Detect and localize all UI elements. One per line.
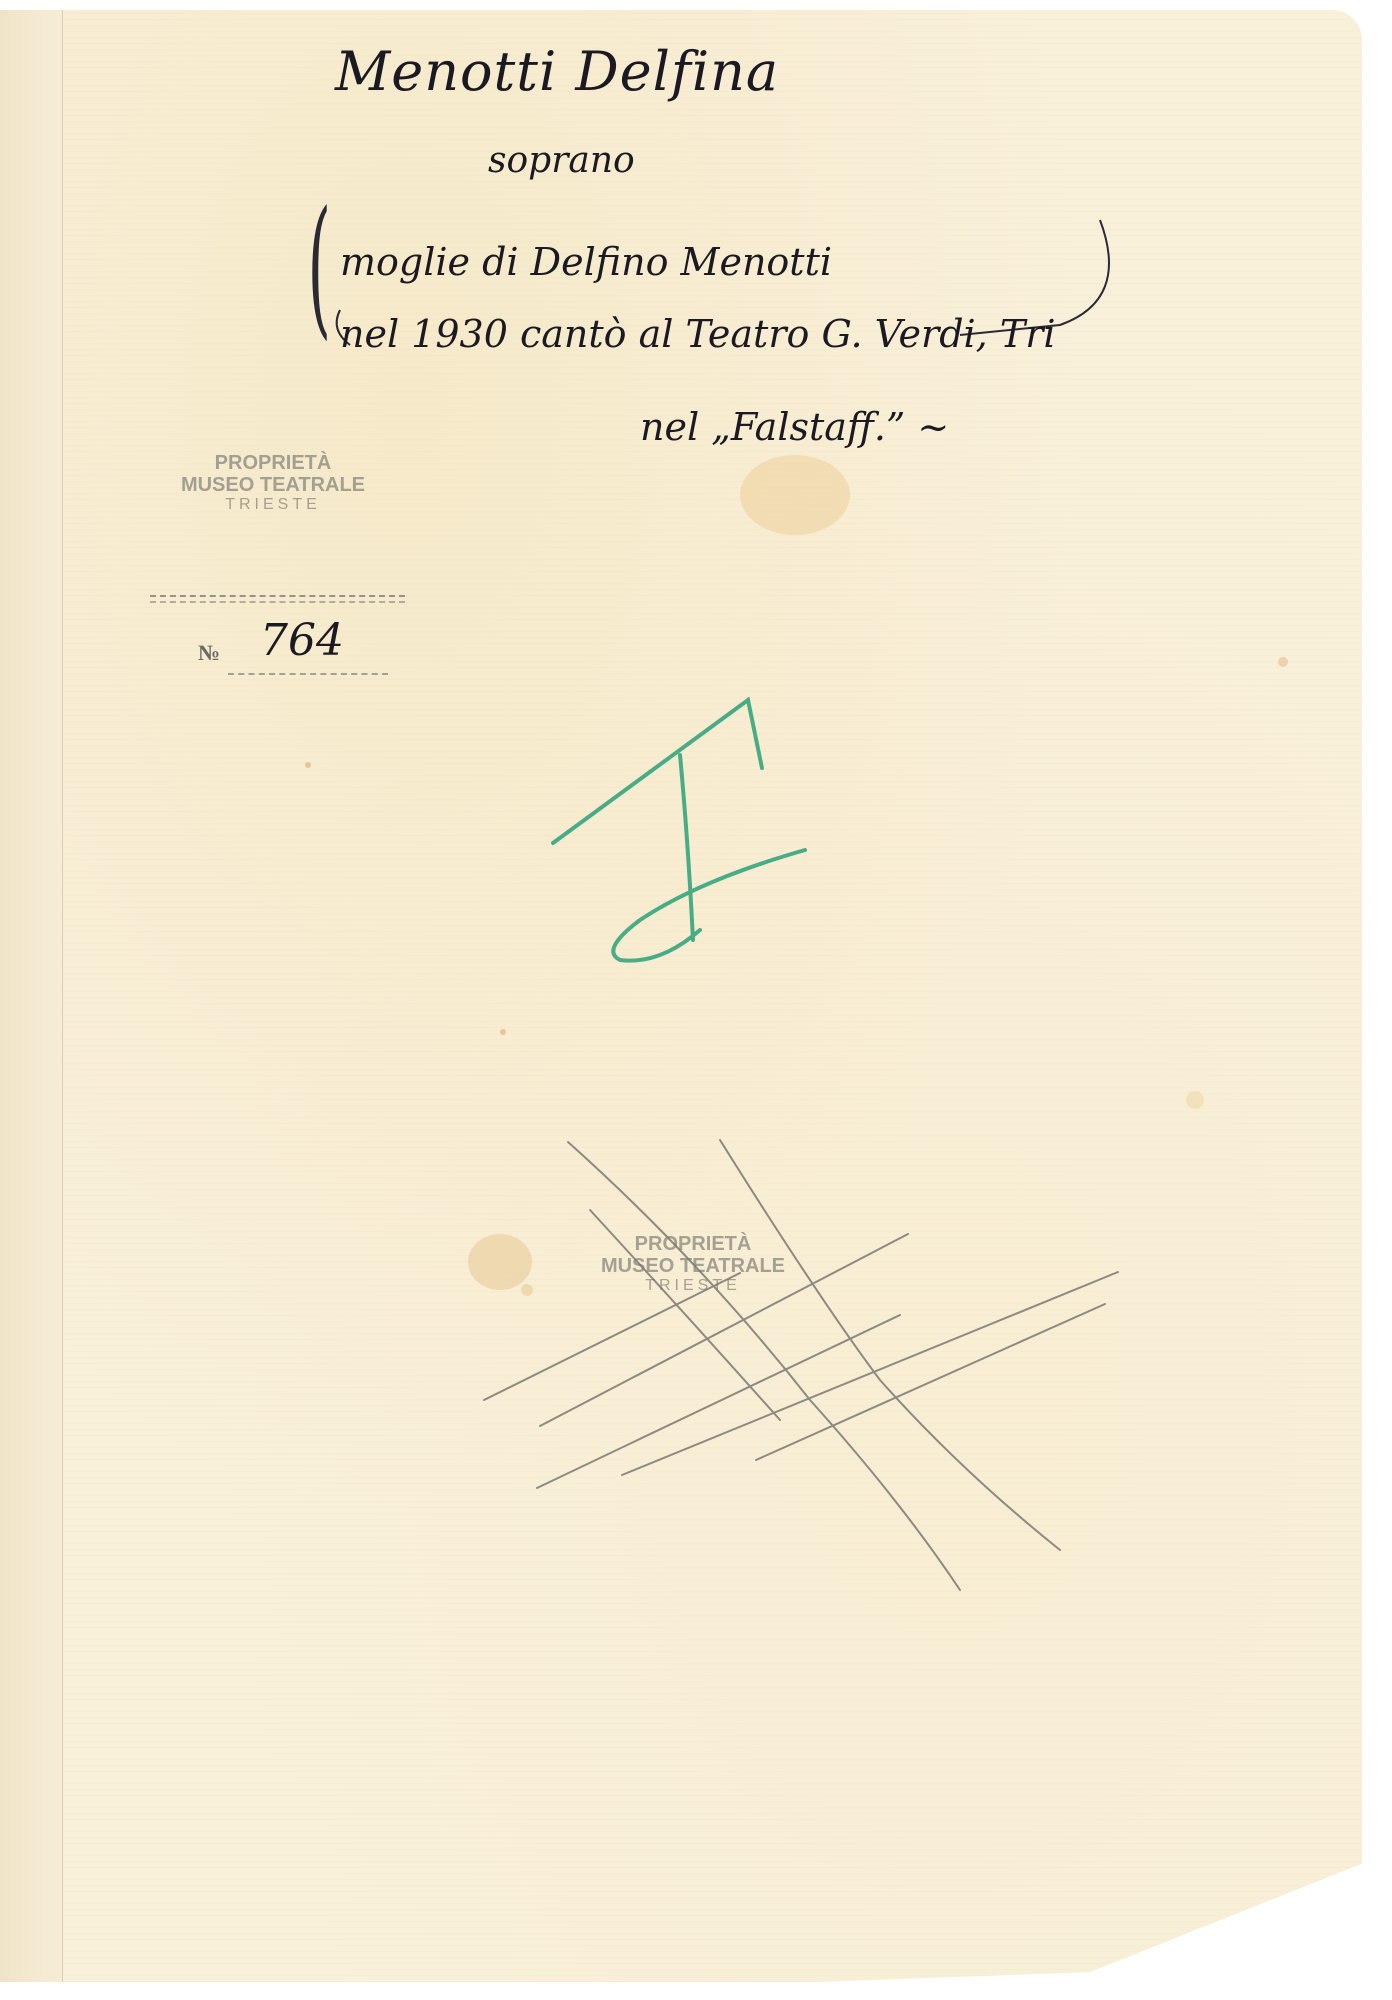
- note-opera: nel „Falstaff.” ~: [640, 405, 949, 449]
- museum-stamp: PROPRIETÀ MUSEO TEATRALE TRIESTE: [158, 452, 388, 514]
- divider: [150, 595, 405, 603]
- stamp-line-1: PROPRIETÀ: [578, 1233, 808, 1255]
- paren-open: (: [308, 180, 331, 354]
- green-pencil-mark: [553, 700, 805, 961]
- stain-marks: [305, 455, 1288, 1296]
- marks-layer: [0, 0, 1392, 2000]
- note-performance: nel 1930 cantò al Teatro G. Verdi, Tri: [340, 312, 1056, 356]
- stamp-line-3: TRIESTE: [578, 1277, 808, 1295]
- note-spouse: moglie di Delfino Menotti: [340, 240, 832, 284]
- voice-type: soprano: [488, 140, 635, 181]
- number-underline: [228, 673, 388, 675]
- museum-stamp-2: PROPRIETÀ MUSEO TEATRALE TRIESTE: [578, 1233, 808, 1295]
- stamp-line-3: TRIESTE: [158, 496, 388, 514]
- performer-name: Menotti Delfina: [335, 40, 779, 103]
- stamp-line-2: MUSEO TEATRALE: [158, 474, 388, 496]
- inventory-value: 764: [260, 615, 344, 666]
- inventory-number: № 764: [150, 595, 410, 675]
- number-sign: №: [198, 640, 220, 666]
- stamp-line-1: PROPRIETÀ: [158, 452, 388, 474]
- stamp-line-2: MUSEO TEATRALE: [578, 1255, 808, 1277]
- pencil-crosshatch: [484, 1140, 1118, 1590]
